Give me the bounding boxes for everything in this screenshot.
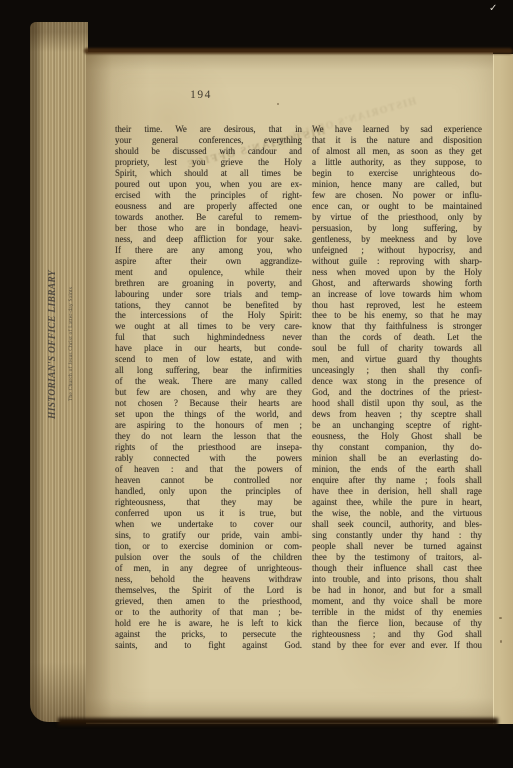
text-line: the wise, the noble, and the virtuous [312, 508, 482, 519]
text-line: handled, only upon the principles of [115, 486, 302, 497]
checkmark-mark: ✓ [489, 3, 497, 14]
text-line: stand by thee for ever and ever. If thou [312, 640, 482, 651]
text-line: against thee, while the pure in heart, [312, 497, 482, 508]
text-line: brethren are groaning in poverty, and [115, 278, 302, 289]
text-line: should be discussed with candour and [115, 146, 302, 157]
text-line: terrible in the midst of thy enemies [312, 607, 482, 618]
page-bottom-edge-shadow [58, 718, 498, 725]
text-line: themselves, the Spirit of the Lord is [115, 585, 302, 596]
text-line: of almost all men, as soon as they get [312, 146, 482, 157]
text-line: eousness, the Holy Ghost shall be [312, 431, 482, 442]
left-text-column: their time. We are desirous, that inyour… [115, 124, 302, 652]
paper-speck [500, 640, 502, 643]
text-line: Spirit, which should at all times be [115, 168, 302, 179]
text-line: ber those who are in bondage, heavi- [115, 223, 302, 234]
text-line: begin to exercise unrighteous do- [312, 168, 482, 179]
text-line: minion, hence many are called, but [312, 179, 482, 190]
text-line: moment, and thy voice shall be more [312, 596, 482, 607]
text-line: righteousness, that they may be [115, 497, 302, 508]
text-line: are aspiring to the honours of men ; [115, 420, 302, 431]
text-line: heaven cannot be controlled nor [115, 475, 302, 486]
text-line: sins, to gratify our pride, vain ambi- [115, 530, 302, 541]
text-line: when we undertake to cover our [115, 519, 302, 530]
text-line: or to the authority of that man ; be- [115, 607, 302, 618]
text-line: unceasingly ; then shall thy confi- [312, 365, 482, 376]
text-line: saints, and to fight against God. [115, 640, 302, 651]
church-ownership-stamp: The Church of Jesus Christ of Latter-day… [68, 279, 76, 409]
text-line: than the cords of death. Let the [312, 332, 482, 343]
text-line: ness, behold the heavens withdraw [115, 574, 302, 585]
text-line: not chosen ? Because their hearts are [115, 398, 302, 409]
text-line: ful that such highmindedness never [115, 332, 302, 343]
text-line: know that thy faithfulness is stronger [312, 321, 482, 332]
text-line: thou hast reproved, lest he esteem [312, 300, 482, 311]
text-line: that it is the nature and disposition [312, 135, 482, 146]
text-line: rights of the priesthood are insepa- [115, 442, 302, 453]
right-text-column: We have learned by sad experiencethat it… [312, 124, 482, 652]
text-line: enquire after thy name ; fools shall [312, 475, 482, 486]
text-line: of the weak. There are many called [115, 376, 302, 387]
text-line: conferred upon us it is true, but [115, 508, 302, 519]
text-line: dence wax stong in the presence of [312, 376, 482, 387]
text-line: scend to men of low estate, and with [115, 354, 302, 365]
text-line: pulsion over the souls of the children [115, 552, 302, 563]
text-line: be had in honor, and but for a small [312, 585, 482, 596]
text-line: into trouble, and into prisons, thou sha… [312, 574, 482, 585]
text-line: the intercessions of the Holy Spirit: [115, 310, 302, 321]
text-line: eousness and are properly affected one [115, 201, 302, 212]
text-line: a little authority, as they suppose, to [312, 157, 482, 168]
scanner-background: HISTORIAN'S OFFICE HISTORIAN'S OFFICE 19… [0, 0, 513, 768]
text-line: aspire after their own aggrandize- [115, 256, 302, 267]
text-line: but few are chosen, and why are they [115, 387, 302, 398]
text-line: ness when moved upon by the Holy [312, 267, 482, 278]
text-line: all long suffering, bear the infirmities [115, 365, 302, 376]
text-line: persuasion, by long suffering, by [312, 223, 482, 234]
text-line: thee by the testimony of traitors, al- [312, 552, 482, 563]
text-line: be an unchanging sceptre of right- [312, 420, 482, 431]
text-line: of heaven : and that the powers of [115, 464, 302, 475]
library-stamp: HISTORIAN'S OFFICE LIBRARY [47, 279, 63, 419]
page-top-edge-shadow [84, 48, 513, 54]
text-line: poured out upon you, when you are ex- [115, 179, 302, 190]
text-line: minion, the ends of the earth shall [312, 464, 482, 475]
text-line: unfeigned ; without hypocrisy, and [312, 245, 482, 256]
text-line: your general conferences, everything [115, 135, 302, 146]
text-line: hood shall distil upon thy soul, as the [312, 398, 482, 409]
text-line: thy constant companion, thy do- [312, 442, 482, 453]
text-line: God, and the doctrines of the priest- [312, 387, 482, 398]
text-line: men, and virtue guard thy thoughts [312, 354, 482, 365]
text-line: righteousness ; and thy God shall [312, 629, 482, 640]
text-line: propriety, lest you grieve the Holy [115, 157, 302, 168]
paper-speck [277, 103, 279, 105]
text-line: thee to be his enemy, so that he may [312, 310, 482, 321]
text-line: dews from heaven ; thy sceptre shall [312, 409, 482, 420]
text-line: tations, they cannot be benefited by [115, 300, 302, 311]
paper-speck [499, 617, 502, 619]
text-line: against the pricks, to persecute the [115, 629, 302, 640]
text-line: ment and opulence, while their [115, 267, 302, 278]
text-line: have thee in derision, hell shall rage [312, 486, 482, 497]
text-line: tion, or to exercise dominion or com- [115, 541, 302, 552]
text-line: ness, and deep affliction for your sake. [115, 234, 302, 245]
text-line: than the fierce lion, because of thy [312, 618, 482, 629]
text-line: ence can, or ought to be maintained [312, 201, 482, 212]
text-line: soul be full of charity towards all [312, 343, 482, 354]
text-line: we ought at all times to be very care- [115, 321, 302, 332]
text-line: though their influence shall cast thee [312, 563, 482, 574]
text-line: hold ere he is aware, he is left to kick [115, 618, 302, 629]
text-line: few are chosen. No power or influ- [312, 190, 482, 201]
text-line: of men, in any degree of unrighteous- [115, 563, 302, 574]
text-line: If there are any among you, who [115, 245, 302, 256]
text-line: shall seek council, authority, and bles- [312, 519, 482, 530]
text-line: grieved, then amen to the priesthood, [115, 596, 302, 607]
text-line: We have learned by sad experience [312, 124, 482, 135]
text-line: they do not learn the lesson that the [115, 431, 302, 442]
text-line: an increase of love towards him whom [312, 289, 482, 300]
text-line: rably connected with the powers [115, 453, 302, 464]
text-line: gentleness, by meekness and by love [312, 234, 482, 245]
text-line: without guile : reproving with sharp- [312, 256, 482, 267]
text-line: people shall never be turned against [312, 541, 482, 552]
text-line: labouring under sore trials and temp- [115, 289, 302, 300]
page-number: 194 [185, 89, 217, 101]
text-line: their time. We are desirous, that in [115, 124, 302, 135]
text-line: towards another. Be careful to remem- [115, 212, 302, 223]
text-line: Ghost, and afterwards showing forth [312, 278, 482, 289]
text-line: have place in our hearts, but conde- [115, 343, 302, 354]
text-line: minion shall be an everlasting do- [312, 453, 482, 464]
text-line: by virtue of the priesthood, only by [312, 212, 482, 223]
adjacent-page-edge [491, 54, 513, 724]
text-line: ercised with the principles of right- [115, 190, 302, 201]
text-line: set upon the things of the world, and [115, 409, 302, 420]
text-line: sing constantly under thy hand : thy [312, 530, 482, 541]
